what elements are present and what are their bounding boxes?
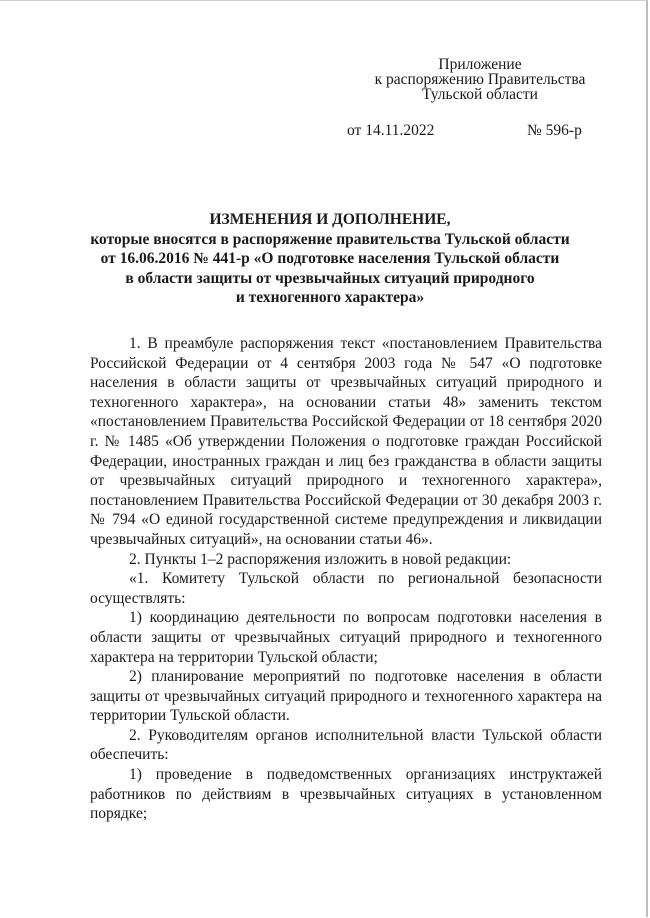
appendix-heading: Приложение к распоряжению Правительства … [340, 57, 620, 102]
order-number: № 596-р [527, 122, 582, 140]
appendix-line: Тульской области [340, 87, 620, 102]
paragraph-clause-1-item-2: 2) планирование мероприятий по подготовк… [90, 667, 602, 726]
paragraph-clause-2: 2. Руководителям органов исполнительной … [90, 726, 602, 765]
appendix-line: Приложение [340, 57, 620, 72]
title-line: в области защиты от чрезвычайных ситуаци… [80, 269, 580, 289]
appendix-line: к распоряжению Правительства [340, 72, 620, 87]
order-date: от 14.11.2022 [347, 122, 434, 140]
title-line: и техногенного характера» [80, 288, 580, 308]
paragraph-clause-2-item-1: 1) проведение в подведомственных организ… [90, 765, 602, 824]
title-line: которые вносятся в распоряжение правител… [80, 230, 580, 250]
paragraph-clause-1: «1. Комитету Тульской области по региона… [90, 569, 602, 608]
document-title: ИЗМЕНЕНИЯ И ДОПОЛНЕНИЕ, которые вносятся… [80, 210, 580, 308]
title-line: ИЗМЕНЕНИЯ И ДОПОЛНЕНИЕ, [80, 210, 580, 230]
paragraph-1-preamble: 1. В преамбуле распоряжения текст «поста… [90, 334, 602, 550]
paragraph-clause-1-item-1: 1) координацию деятельности по вопросам … [90, 608, 602, 667]
paragraph-2-intro: 2. Пункты 1–2 распоряжения изложить в но… [90, 550, 602, 570]
document-body: 1. В преамбуле распоряжения текст «поста… [90, 334, 602, 824]
document-page: Приложение к распоряжению Правительства … [0, 0, 648, 917]
title-line: от 16.06.2016 № 441-р «О подготовке насе… [80, 249, 580, 269]
